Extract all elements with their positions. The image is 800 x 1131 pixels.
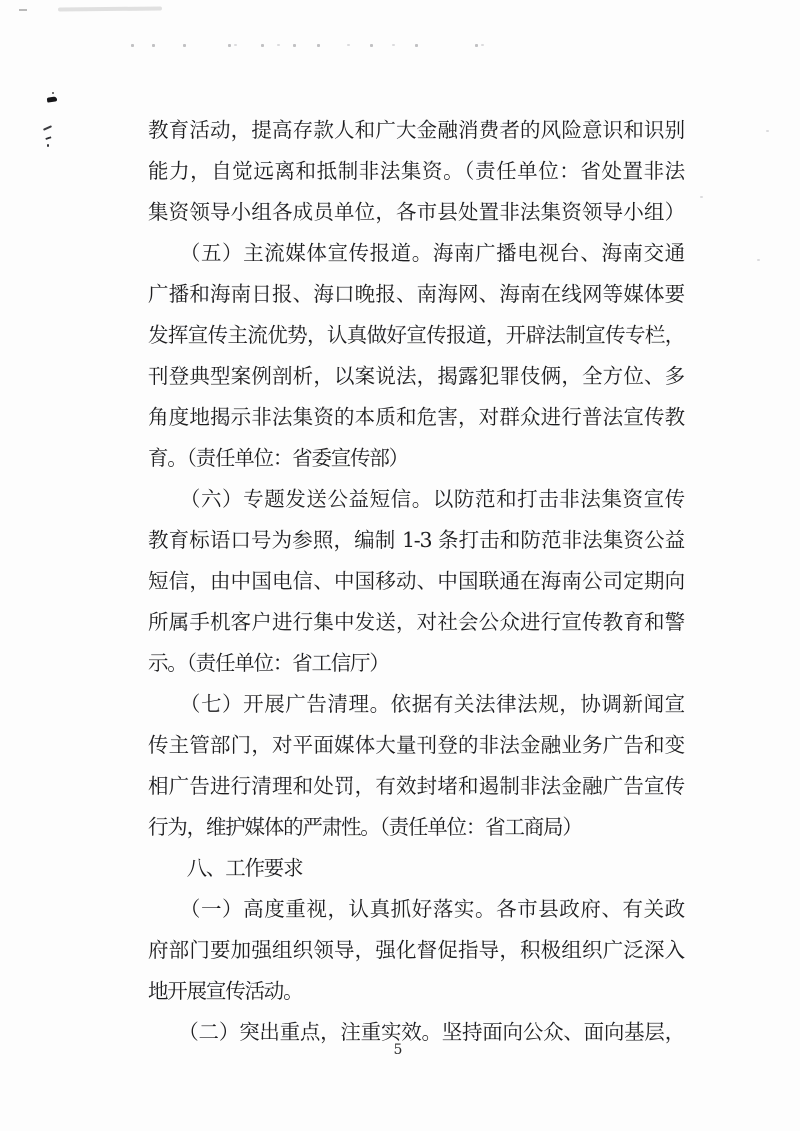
text-line: （五）主流媒体宣传报道。海南广播电视台、海南交通 <box>148 233 684 274</box>
scan-speck <box>234 44 237 46</box>
text-line: 地开展宣传活动。 <box>148 971 684 1012</box>
scan-speck <box>293 44 296 47</box>
scan-smudge <box>58 6 162 11</box>
margin-ink-curl-dot <box>47 144 49 147</box>
text-line: 刊登典型案例剖析，以案说法，揭露犯罪伎俩，全方位、多 <box>148 356 684 397</box>
scan-speck <box>757 259 760 261</box>
margin-ink-blob <box>47 96 58 102</box>
page-number: 5 <box>0 1042 796 1058</box>
text-line: 角度地揭示非法集资的本质和危害，对群众进行普法宣传教 <box>148 397 684 438</box>
scan-speck <box>766 130 769 132</box>
scan-speck <box>317 44 320 47</box>
scan-mark <box>19 9 27 11</box>
scan-speck <box>481 44 484 46</box>
document-text: 教育活动，提高存款人和广大金融消费者的风险意识和识别能力，自觉远离和抵制非法集资… <box>148 110 684 1053</box>
scan-speck <box>392 44 395 46</box>
text-line: 短信，由中国电信、中国移动、中国联通在海南公司定期向 <box>148 561 684 602</box>
text-line: 能力，自觉远离和抵制非法集资。（责任单位：省处置非法 <box>148 151 684 192</box>
scan-speck <box>183 44 186 47</box>
margin-ink-tick <box>43 125 52 130</box>
scan-speck <box>152 44 155 47</box>
text-line: 育。（责任单位：省委宣传部） <box>148 438 684 479</box>
text-line: （一）高度重视，认真抓好落实。各市县政府、有关政 <box>148 889 684 930</box>
text-line: 教育活动，提高存款人和广大金融消费者的风险意识和识别 <box>148 110 684 151</box>
scan-speck <box>415 44 418 47</box>
scan-speck <box>475 44 478 47</box>
margin-ink-dot <box>52 92 54 94</box>
text-line: 集资领导小组各成员单位，各市县处置非法集资领导小组） <box>148 192 684 233</box>
text-line: 广播和海南日报、海口晚报、南海网、海南在线网等媒体要 <box>148 274 684 315</box>
scan-speck <box>261 44 264 47</box>
text-line: 发挥宣传主流优势，认真做好宣传报道，开辟法制宣传专栏， <box>148 315 684 356</box>
text-line: 八、工作要求 <box>148 848 684 889</box>
scan-speck <box>700 196 703 198</box>
scan-speck <box>277 44 280 46</box>
text-line: 示。（责任单位：省工信厅） <box>148 643 684 684</box>
text-line: 所属手机客户进行集中发送，对社会公众进行宣传教育和警 <box>148 602 684 643</box>
scan-speck <box>347 44 350 46</box>
text-line: 传主管部门，对平面媒体大量刊登的非法金融业务广告和变 <box>148 725 684 766</box>
scan-speck <box>370 44 373 47</box>
text-line: 相广告进行清理和处罚，有效封堵和遏制非法金融广告宣传 <box>148 766 684 807</box>
scanned-document-page: 教育活动，提高存款人和广大金融消费者的风险意识和识别能力，自觉远离和抵制非法集资… <box>0 0 800 1131</box>
text-line: 府部门要加强组织领导，强化督促指导，积极组织广泛深入 <box>148 930 684 971</box>
text-line: （六）专题发送公益短信。以防范和打击非法集资宣传 <box>148 479 684 520</box>
text-line: 行为，维护媒体的严肃性。（责任单位：省工商局） <box>148 807 684 848</box>
scan-speck <box>131 44 134 47</box>
scan-speck <box>228 44 231 47</box>
text-line: （七）开展广告清理。依据有关法律法规，协调新闻宣 <box>148 684 684 725</box>
margin-ink-curl <box>45 136 53 144</box>
text-line: 教育标语口号为参照，编制 1-3 条打击和防范非法集资公益 <box>148 520 684 561</box>
